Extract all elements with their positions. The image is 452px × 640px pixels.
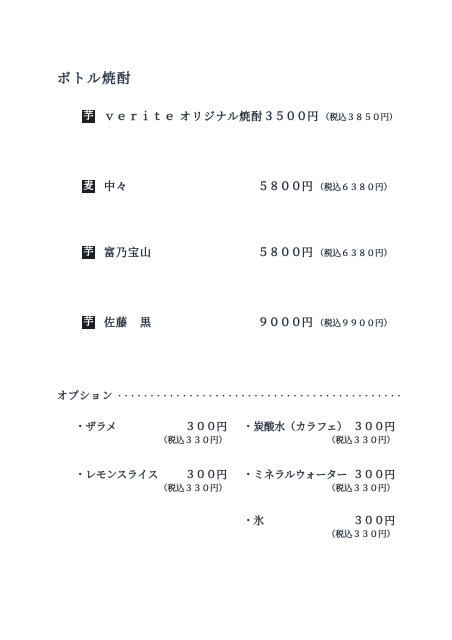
menu-item-name: 富乃宝山 — [104, 244, 152, 260]
option-tax: （税込３３０円） — [75, 482, 227, 494]
option-line: ・レモンスライス ３００円 — [75, 467, 227, 482]
option-item: ・氷 ３００円 （税込３３０円） — [243, 513, 395, 540]
page-title: ボトル焼酎 — [57, 67, 132, 87]
option-line: ・ザラメ ３００円 — [75, 419, 227, 434]
option-price: ３００円 — [353, 419, 395, 434]
price-value: ５８００円 — [258, 247, 313, 259]
price-tax: （税込９９００円） — [315, 318, 392, 328]
price-tax: （税込３８５０円） — [321, 112, 398, 122]
option-price: ３００円 — [353, 513, 395, 528]
menu-item-row: 芋 富乃宝山 ５８００円 （税込６３８０円） — [82, 244, 392, 260]
menu-item-name: 中々 — [104, 178, 128, 194]
option-line: ・炭酸水（カラフェ） ３００円 — [243, 419, 395, 434]
option-line: ・氷 ３００円 — [243, 513, 395, 528]
menu-item-row: 芋 佐藤 黒 ９０００円 （税込９９００円） — [82, 314, 392, 330]
price-tax: （税込６３８０円） — [315, 248, 392, 258]
option-tax: （税込３３０円） — [243, 528, 395, 540]
option-price: ３００円 — [185, 467, 227, 482]
price-value: ３５００円 — [263, 111, 318, 123]
dotted-leader: ････････････････････････････････････････… — [117, 391, 400, 401]
option-tax: （税込３３０円） — [243, 434, 395, 446]
menu-item-row: 芋 ｖｅｒｉｔｅ オリジナル焼酎 ３５００円 （税込３８５０円） — [82, 108, 392, 124]
menu-item-name: ｖｅｒｉｔｅ オリジナル焼酎 — [104, 108, 263, 124]
option-name: ・炭酸水（カラフェ） — [243, 419, 347, 434]
menu-page: ボトル焼酎 芋 ｖｅｒｉｔｅ オリジナル焼酎 ３５００円 （税込３８５０円） 麦… — [0, 0, 452, 640]
price-tax: （税込６３８０円） — [315, 182, 392, 192]
menu-item-name-wrap: 麦 中々 — [82, 178, 128, 194]
option-tax: （税込３３０円） — [243, 482, 395, 494]
options-title: オプション — [57, 391, 114, 402]
shochu-type-badge-icon: 芋 — [82, 316, 95, 329]
price-value: ９０００円 — [258, 317, 313, 329]
menu-item-name-wrap: 芋 ｖｅｒｉｔｅ オリジナル焼酎 — [82, 108, 263, 124]
option-price: ３００円 — [185, 419, 227, 434]
menu-item-name: 佐藤 黒 — [104, 314, 152, 330]
option-name: ・レモンスライス — [75, 467, 158, 482]
menu-item-row: 麦 中々 ５８００円 （税込６３８０円） — [82, 178, 392, 194]
menu-item-price: ３５００円 （税込３８５０円） — [263, 108, 397, 124]
option-line: ・ミネラルウォーター ３００円 — [243, 467, 395, 482]
shochu-type-badge-icon: 麦 — [82, 180, 95, 193]
menu-item-price: ５８００円 （税込６３８０円） — [258, 244, 392, 260]
options-section-header: オプション ･･････････････････････････････････… — [57, 388, 400, 403]
option-name: ・氷 — [243, 513, 264, 528]
option-item: ・炭酸水（カラフェ） ３００円 （税込３３０円） — [243, 419, 395, 446]
option-tax: （税込３３０円） — [75, 434, 227, 446]
menu-item-price: ９０００円 （税込９９００円） — [258, 314, 392, 330]
option-item: ・ザラメ ３００円 （税込３３０円） — [75, 419, 227, 446]
option-name: ・ザラメ — [75, 419, 117, 434]
option-name: ・ミネラルウォーター — [243, 467, 347, 482]
shochu-type-badge-icon: 芋 — [82, 110, 95, 123]
menu-item-price: ５８００円 （税込６３８０円） — [258, 178, 392, 194]
option-item: ・ミネラルウォーター ３００円 （税込３３０円） — [243, 467, 395, 494]
menu-item-name-wrap: 芋 佐藤 黒 — [82, 314, 152, 330]
menu-item-name-wrap: 芋 富乃宝山 — [82, 244, 152, 260]
option-price: ３００円 — [353, 467, 395, 482]
shochu-type-badge-icon: 芋 — [82, 246, 95, 259]
price-value: ５８００円 — [258, 181, 313, 193]
option-item: ・レモンスライス ３００円 （税込３３０円） — [75, 467, 227, 494]
